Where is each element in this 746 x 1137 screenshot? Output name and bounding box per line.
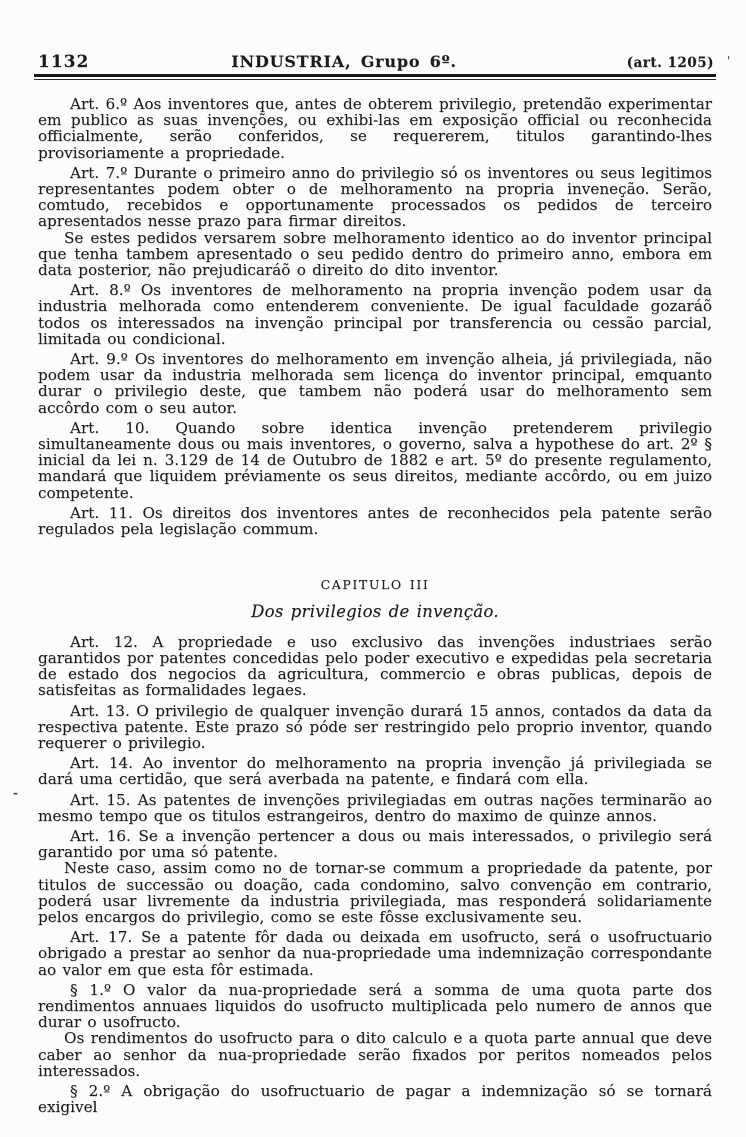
paragraph-art-11: Art. 11. Os direitos dos inventores ante… xyxy=(38,505,712,537)
paragraph-art-16: Art. 16. Se a invenção pertencer a dous … xyxy=(38,828,712,860)
page-header: 1132 INDUSTRIA, Grupo 6º. (art. 1205) xyxy=(38,52,714,72)
paragraph-art-14: Art. 14. Ao inventor do melhoramento na … xyxy=(38,755,712,787)
paragraph-art-13: Art. 13. O privilegio de qualquer invenç… xyxy=(38,703,712,752)
article-reference: (art. 1205) xyxy=(627,55,714,71)
scan-artifact-smudge: · xyxy=(418,598,421,609)
paragraph-art-16-continuation: Neste caso, assim como no de tornar-se c… xyxy=(38,860,712,925)
scan-artifact-margin-dash: - xyxy=(13,786,18,800)
header-divider-rule xyxy=(34,74,716,80)
paragraph-art-7: Art. 7.º Durante o primeiro anno do priv… xyxy=(38,165,712,230)
paragraph-art-17-s1: § 1.º O valor da nua-propriedade será a … xyxy=(38,982,712,1031)
chapter-block: CAPITULO III Dos privilegios de invenção… xyxy=(38,577,712,620)
chapter-heading: CAPITULO III xyxy=(38,577,712,593)
paragraph-art-10: Art. 10. Quando sobre identica invenção … xyxy=(38,420,712,501)
paragraph-art-17-s2: § 2.º A obrigação do usofructuario de pa… xyxy=(38,1083,712,1115)
page-body: Art. 6.º Aos inventores que, antes de ob… xyxy=(38,96,712,1115)
paragraph-art-12: Art. 12. A propriedade e uso exclusivo d… xyxy=(38,634,712,699)
paragraph-art-7-continuation: Se estes pedidos versarem sobre melhoram… xyxy=(38,230,712,279)
paragraph-art-9: Art. 9.º Os inventores do melhoramento e… xyxy=(38,351,712,416)
scan-artifact-apostrophe: ' xyxy=(727,54,730,68)
paragraph-art-15: Art. 15. As patentes de invenções privil… xyxy=(38,792,712,824)
paragraph-art-8: Art. 8.º Os inventores de melhoramento n… xyxy=(38,282,712,347)
chapter-subheading: Dos privilegios de invenção. xyxy=(38,604,712,620)
paragraph-art-6: Art. 6.º Aos inventores que, antes de ob… xyxy=(38,96,712,161)
document-page: 1132 INDUSTRIA, Grupo 6º. (art. 1205) Ar… xyxy=(0,0,746,1137)
paragraph-art-17-s1-continuation: Os rendimentos do usofructo para o dito … xyxy=(38,1030,712,1079)
page-number: 1132 xyxy=(38,52,89,72)
paragraph-art-17: Art. 17. Se a patente fôr dada ou deixad… xyxy=(38,929,712,978)
running-title: INDUSTRIA, Grupo 6º. xyxy=(231,52,457,71)
